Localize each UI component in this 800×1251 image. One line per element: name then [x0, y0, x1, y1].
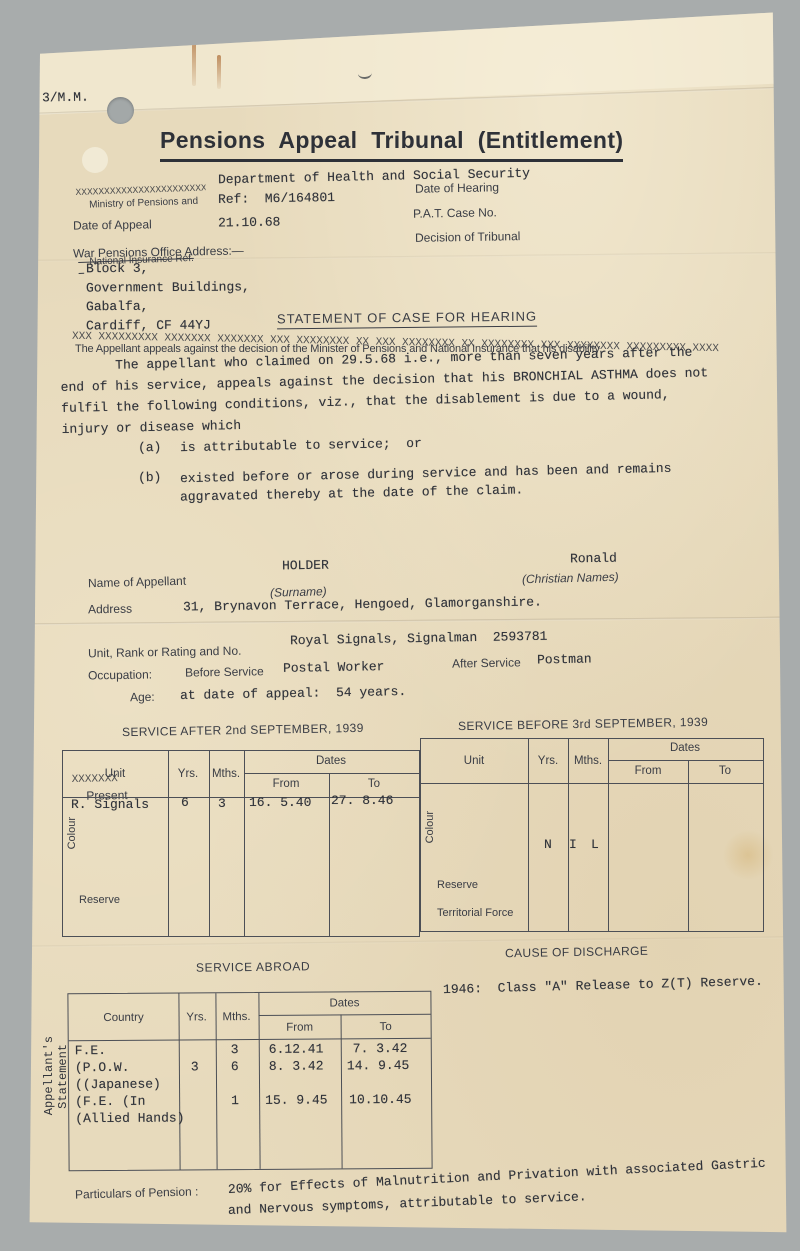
table-line	[168, 751, 169, 936]
service-after-title: SERVICE AFTER 2nd SEPTEMBER, 1939	[122, 721, 364, 739]
col-header-dates: Dates	[316, 755, 346, 767]
col-header-mths: Mths.	[212, 768, 240, 780]
nil-letter-n: N	[544, 837, 552, 852]
country-line-1: F.E.	[75, 1043, 106, 1058]
col-header-yrs: Yrs.	[186, 1011, 207, 1023]
wpo-address-label: War Pensions Office Address:—	[73, 244, 244, 261]
col-header-to: To	[380, 1021, 392, 1033]
abroad-from-row3: 15. 9.45	[265, 1092, 328, 1107]
nil-letter-i: I	[569, 837, 577, 852]
scanned-document-page: { "document": { "form_code": "3/M.M.", "…	[0, 0, 800, 1251]
col-header-dates: Dates	[670, 742, 700, 754]
age-label: Age:	[130, 690, 155, 704]
item-a-label: (a)	[138, 440, 162, 455]
service-after-from: 16. 5.40	[249, 795, 311, 810]
christian-names-caption: (Christian Names)	[522, 570, 619, 587]
after-service-value: Postman	[537, 652, 592, 668]
col-header-yrs: Yrs.	[178, 768, 198, 780]
service-after-mths: 3	[218, 796, 226, 811]
pat-case-no-label: P.A.T. Case No.	[413, 205, 497, 220]
item-b-label: (b)	[138, 470, 162, 485]
abroad-mths-row1: 3	[231, 1042, 239, 1057]
struck-ministry-text: Ministry of Pensions and	[89, 196, 198, 211]
fold-crease-lower	[0, 936, 800, 948]
country-line-3: ((Japanese)	[75, 1077, 161, 1093]
table-line	[244, 751, 245, 936]
wpo-address-line-2: Government Buildings,	[86, 279, 250, 295]
col-header-from: From	[635, 765, 662, 777]
abroad-yrs-row2: 3	[191, 1059, 199, 1074]
country-line-4: (F.E. (In	[75, 1094, 145, 1109]
punch-hole-faint	[82, 147, 108, 173]
service-after-table: Unit Yrs. Mths. Dates From To R. Signals…	[62, 750, 420, 937]
wpo-address-line-1: Block 3,	[86, 261, 149, 276]
paper-sheet: 3/M.M. Pensions Appeal Tribunal (Entitle…	[0, 0, 800, 1251]
christian-names-value: Ronald	[570, 551, 617, 567]
punch-hole	[107, 97, 134, 124]
col-header-to: To	[719, 765, 731, 777]
table-line	[178, 993, 180, 1169]
col-header-mths: Mths.	[222, 1011, 250, 1023]
abroad-to-row3: 10.10.45	[349, 1092, 412, 1107]
colour-side-label: Colour	[424, 811, 436, 843]
col-header-mths: Mths.	[574, 755, 602, 767]
table-line	[258, 993, 260, 1169]
statement-paragraph: The appellant who claimed on 29.5.68 i.e…	[60, 340, 762, 440]
table-line	[209, 751, 210, 936]
service-abroad-title: SERVICE ABROAD	[196, 959, 310, 975]
item-b-line-1: existed before or arose during service a…	[180, 461, 672, 486]
rust-stain-1	[192, 30, 196, 86]
date-of-hearing-label: Date of Hearing	[415, 180, 499, 195]
table-line	[215, 993, 217, 1169]
abroad-mths-row3: 1	[231, 1093, 239, 1108]
table-line	[688, 760, 689, 931]
unit-rank-label: Unit, Rank or Rating and No.	[88, 644, 242, 661]
before-service-label: Before Service	[185, 664, 264, 679]
after-service-label: After Service	[452, 655, 521, 670]
item-a-text: is attributable to service; or	[180, 436, 422, 455]
abroad-from-row1: 6.12.41	[269, 1041, 324, 1056]
service-before-title: SERVICE BEFORE 3rd SEPTEMBER, 1939	[458, 715, 708, 733]
decision-of-tribunal-label: Decision of Tribunal	[415, 229, 521, 245]
col-header-to: To	[368, 778, 380, 790]
date-of-appeal-label: Date of Appeal	[73, 217, 152, 232]
surname-value: HOLDER	[282, 558, 329, 574]
reserve-row-label: Reserve	[79, 894, 120, 906]
particulars-of-pension-label: Particulars of Pension :	[75, 1184, 199, 1201]
reserve-row-label: Reserve	[437, 879, 478, 891]
col-header-dates: Dates	[329, 997, 359, 1009]
fold-crease-middle	[0, 617, 800, 626]
abroad-from-row2: 8. 3.42	[269, 1058, 324, 1073]
age-value: at date of appeal: 54 years.	[180, 684, 406, 703]
table-line	[568, 739, 569, 931]
address-label: Address	[88, 602, 132, 617]
col-header-from: From	[286, 1022, 313, 1034]
service-abroad-table: Country Yrs. Mths. Dates From To F.E. (P…	[67, 991, 432, 1172]
date-of-appeal-value: 21.10.68	[218, 214, 281, 230]
abroad-to-row1: 7. 3.42	[353, 1041, 408, 1056]
cause-of-discharge-title: CAUSE OF DISCHARGE	[505, 944, 648, 960]
before-service-value: Postal Worker	[283, 659, 385, 676]
service-after-to: 27. 8.46	[331, 793, 393, 808]
wpo-address-line-3: Gabalfa,	[86, 299, 149, 314]
territorial-force-row-label: Territorial Force	[437, 907, 513, 919]
col-header-country: Country	[103, 1012, 143, 1024]
table-line	[421, 783, 763, 784]
abroad-mths-row2: 6	[231, 1059, 239, 1074]
table-line	[528, 739, 529, 931]
country-line-5: (Allied Hands)	[75, 1110, 184, 1126]
col-header-unit: Unit	[464, 755, 484, 767]
service-after-yrs: 6	[181, 795, 189, 810]
col-header-from: From	[273, 778, 300, 790]
unit-rank-value: Royal Signals, Signalman 2593781	[290, 629, 548, 648]
table-line	[244, 773, 419, 774]
col-header-yrs: Yrs.	[538, 755, 558, 767]
rust-stain-2	[217, 55, 221, 89]
table-line	[259, 1014, 431, 1016]
occupation-label: Occupation:	[88, 667, 152, 682]
service-before-table: Unit Yrs. Mths. Dates From To Colour N I…	[420, 738, 764, 932]
reference-number: Ref: M6/164801	[218, 190, 335, 207]
appellants-statement-side-label-1: Appellant's	[42, 1036, 56, 1115]
nil-letter-l: L	[591, 837, 599, 852]
country-line-2: (P.O.W.	[75, 1060, 130, 1075]
abroad-to-row2: 14. 9.45	[347, 1058, 410, 1073]
col-header-unit: Unit	[105, 768, 125, 780]
cause-of-discharge-text: 1946: Class "A" Release to Z(T) Reserve.	[443, 974, 763, 997]
colour-side-label: Colour	[66, 817, 78, 849]
name-of-appellant-label: Name of Appellant	[88, 574, 186, 591]
service-after-unit: R. Signals	[71, 797, 149, 812]
table-line	[608, 760, 763, 761]
page-title: Pensions Appeal Tribunal (Entitlement)	[160, 127, 623, 162]
table-line	[608, 739, 609, 931]
form-code: 3/M.M.	[42, 90, 89, 106]
item-b-line-2: aggravated thereby at the date of the cl…	[180, 482, 524, 504]
address-value: 31, Brynavon Terrace, Hengoed, Glamorgan…	[183, 594, 542, 614]
statement-heading: STATEMENT OF CASE FOR HEARING	[277, 309, 537, 330]
